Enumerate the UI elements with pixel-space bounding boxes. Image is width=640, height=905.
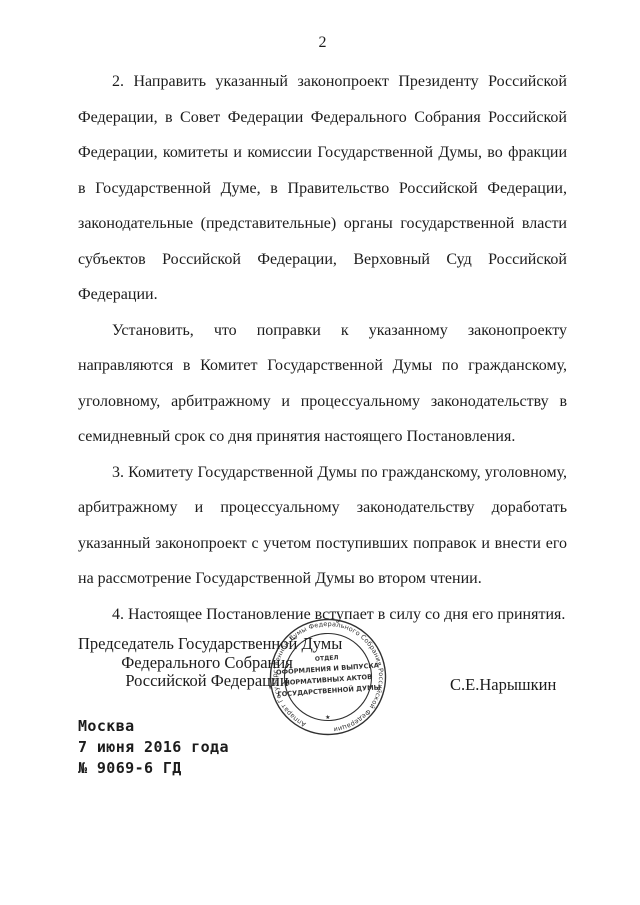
signature-name: С.Е.Нарышкин (450, 675, 556, 695)
paragraph-item-2: 2. Направить указанный законопроект През… (78, 64, 567, 313)
stamp-center-line1: ОТДЕЛ (315, 654, 339, 663)
footer-block: Москва 7 июня 2016 года № 9069-6 ГД (78, 716, 229, 779)
page-number: 2 (78, 34, 567, 52)
footer-city: Москва (78, 716, 229, 737)
document-page: 2 2. Направить указанный законопроект Пр… (0, 0, 640, 905)
paragraph-amendments: Установить, что поправки к указанному за… (78, 313, 567, 455)
document-body: 2. Направить указанный законопроект През… (78, 64, 567, 632)
stamp-star-icon: ★ (325, 714, 331, 721)
paragraph-item-3: 3. Комитету Государственной Думы по граж… (78, 455, 567, 597)
footer-document-number: № 9069-6 ГД (78, 758, 229, 779)
official-stamp-icon: Аппарат Государственной Думы Федеральног… (262, 611, 394, 743)
footer-date: 7 июня 2016 года (78, 737, 229, 758)
